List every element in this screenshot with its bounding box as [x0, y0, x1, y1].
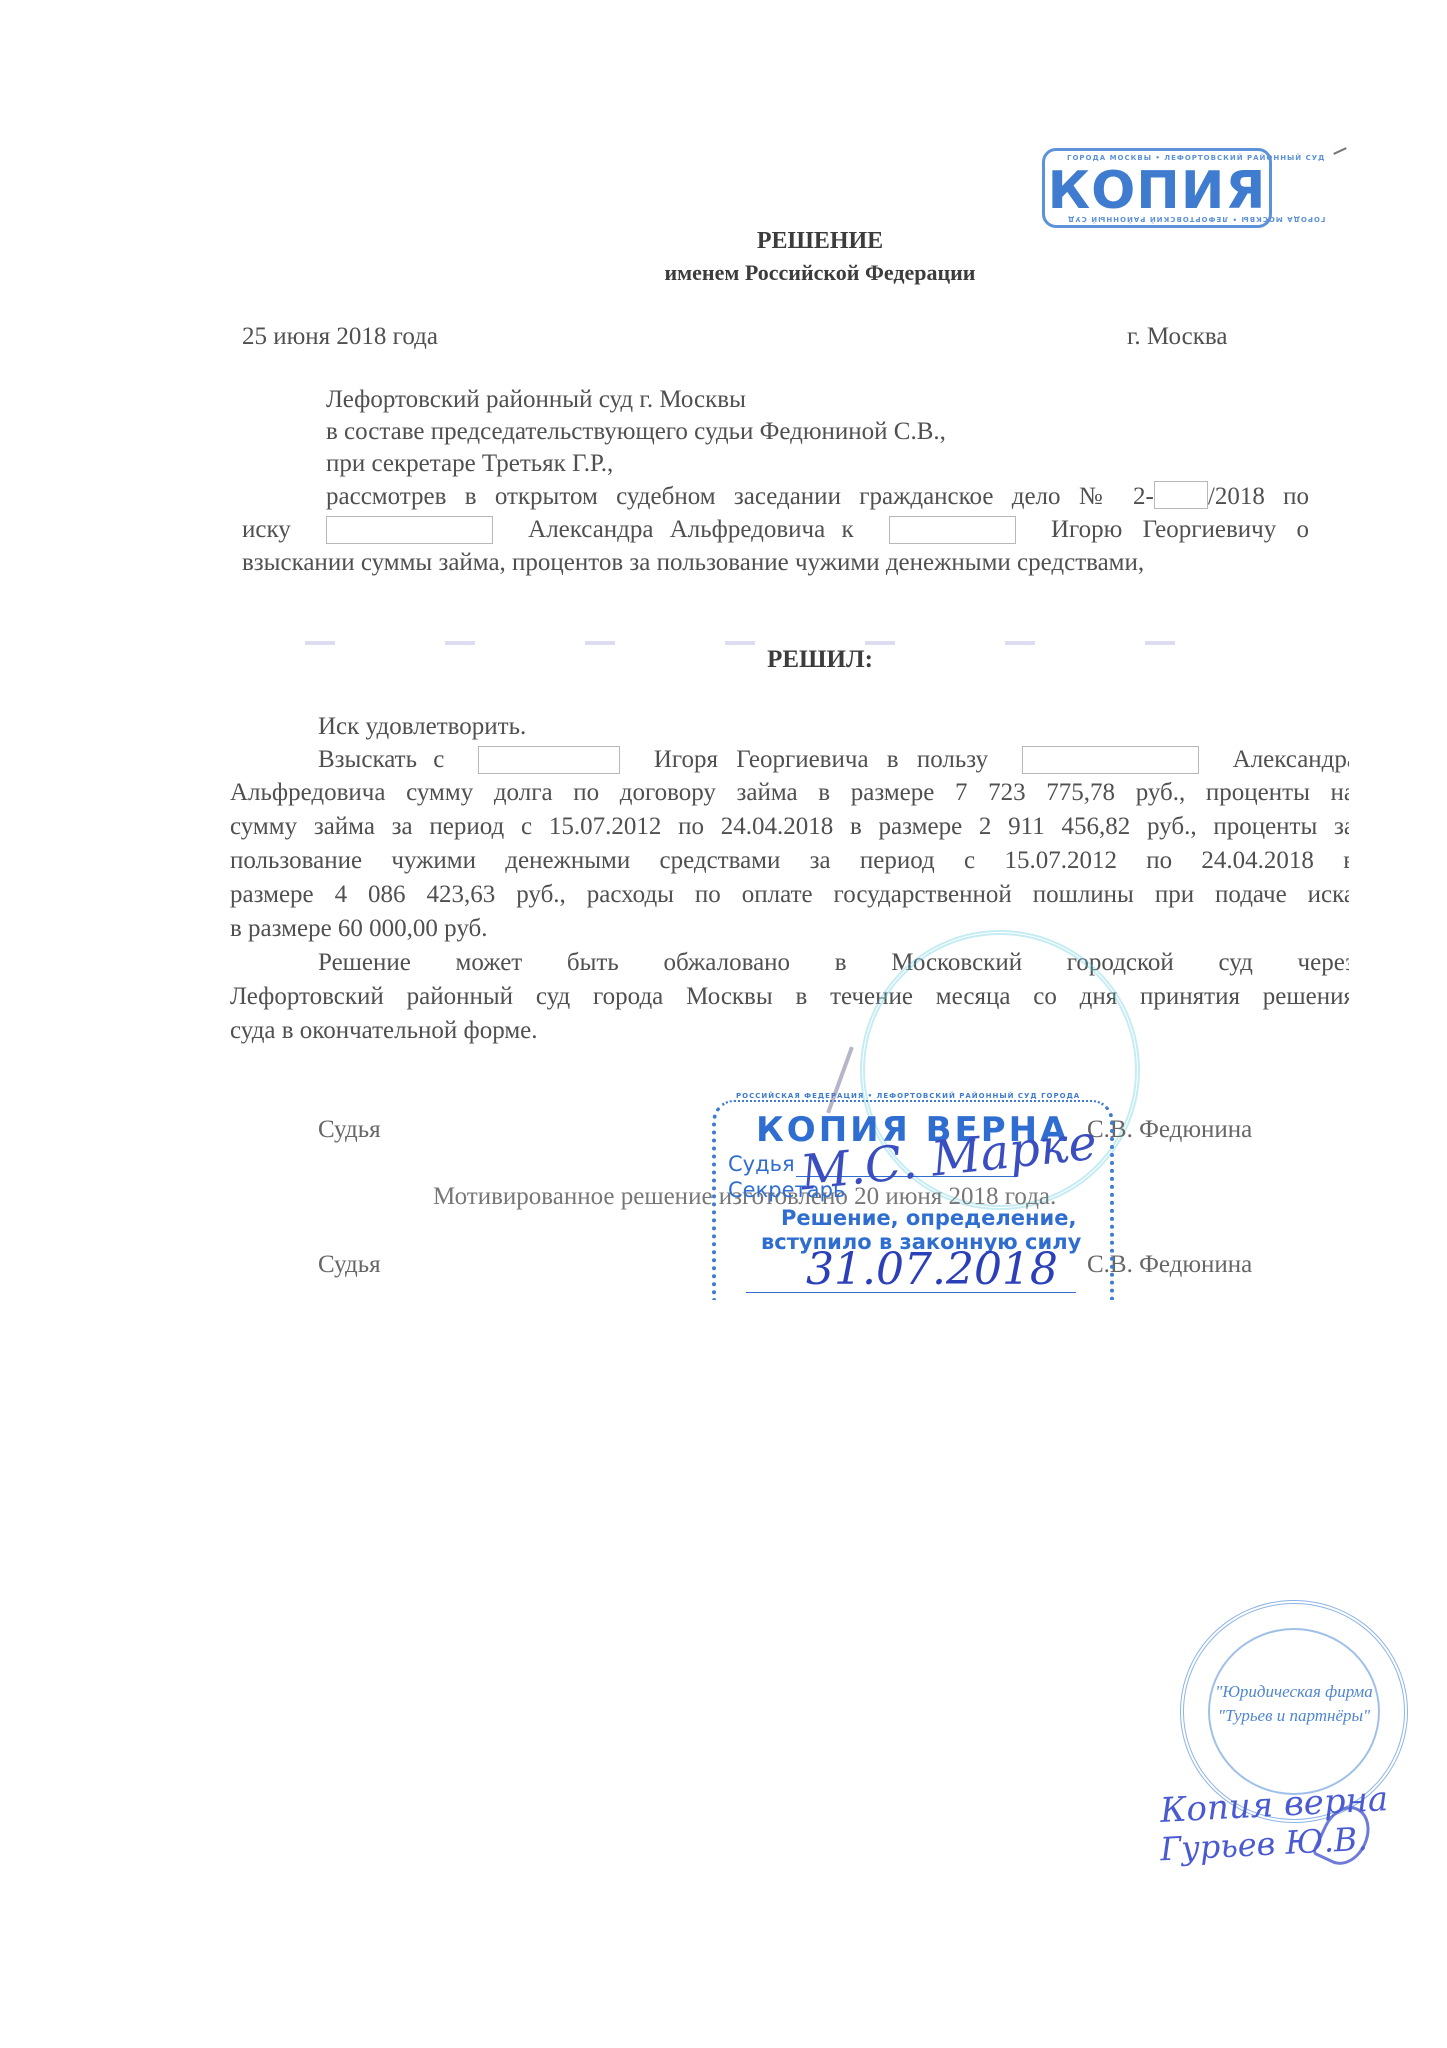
- law-firm-name-2: "Турьев и партнёры": [1184, 1706, 1404, 1726]
- ruling-fee-amount-line: в размере 60 000,00 руб.: [230, 912, 488, 946]
- law-firm-name-1: "Юридическая фирма: [1184, 1682, 1404, 1702]
- ruling-satisfy: Иск удовлетворить.: [318, 710, 526, 744]
- redacted-plaintiff-surname-2: [1022, 746, 1199, 774]
- stamp-legal-force-1: Решение, определение,: [781, 1206, 1076, 1230]
- judge-label-1: Судья: [318, 1113, 381, 1147]
- stamp-judge-label: Судья: [728, 1152, 795, 1176]
- ruling-loan-interest-line: сумму займа за период с 15.07.2012 по 24…: [230, 810, 1349, 844]
- ruling-recover-line: Взыскать с Игоря Георгиевича в пользу Ал…: [318, 743, 1349, 777]
- redacted-defendant-surname-2: [478, 746, 620, 774]
- ruling-debt-line: Альфредовича сумму долга по договору зай…: [230, 776, 1349, 810]
- ruling-fee-line: размере 4 086 423,63 руб., расходы по оп…: [230, 878, 1349, 912]
- ruling-other-interest-line: пользование чужими денежными средствами …: [230, 844, 1349, 878]
- stamp-bottom-line: [746, 1292, 1076, 1293]
- copy-verified-ring-text: РОССИЙСКАЯ ФЕДЕРАЦИЯ • ЛЕФОРТОВСКИЙ РАЙО…: [736, 1092, 1080, 1100]
- stamp-legal-force-date: 31.07.2018: [806, 1244, 1058, 1295]
- appeal-line-2: Лефортовский районный суд города Москвы …: [230, 980, 1349, 1014]
- judge-label-2: Судья: [318, 1248, 381, 1282]
- appeal-line-1: Решение может быть обжаловано в Московск…: [318, 946, 1349, 980]
- appeal-line-3: суда в окончательной форме.: [230, 1014, 537, 1048]
- ruling-clip: Иск удовлетворить. Взыскать с Игоря Геор…: [0, 0, 1349, 2048]
